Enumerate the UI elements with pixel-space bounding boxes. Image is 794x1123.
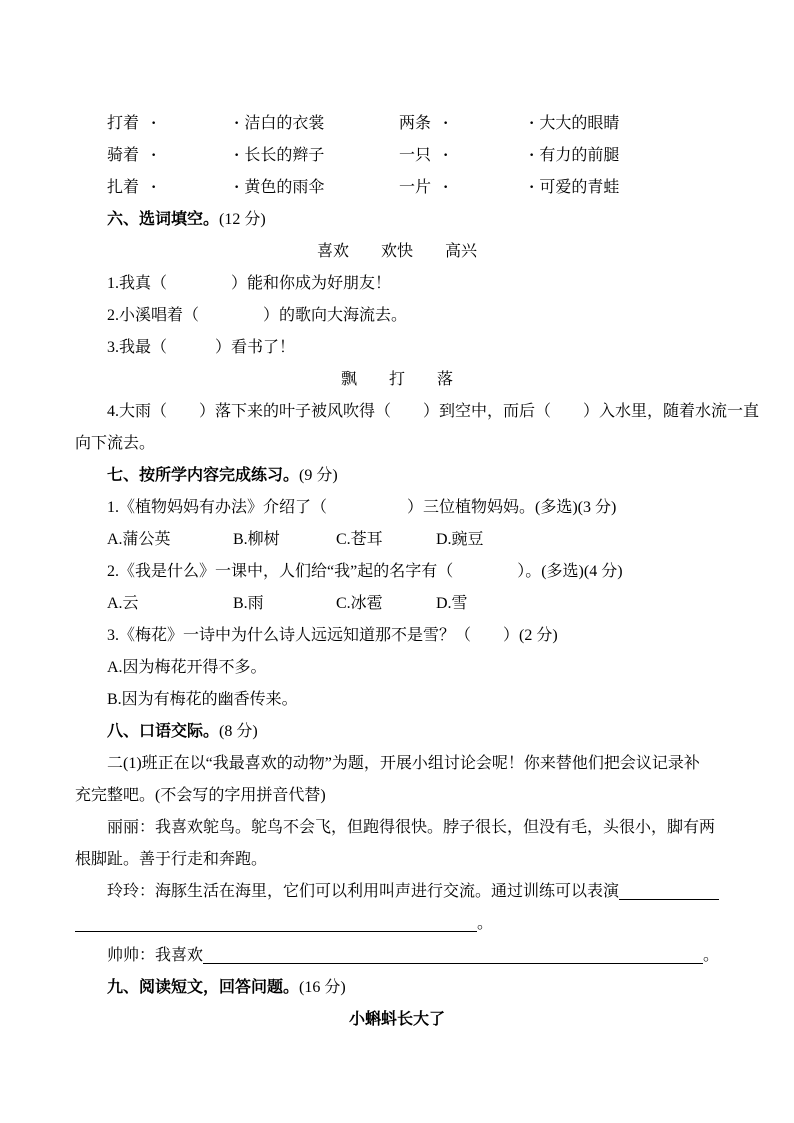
reading-passage-title: 小蝌蚪长大了 xyxy=(75,1004,719,1036)
option-d: D.雪 xyxy=(436,588,719,620)
fill-blank-item-4-line-2: 向下流去。 xyxy=(75,428,719,460)
answer-blank-line xyxy=(619,876,719,908)
match-word-label: 一只 xyxy=(399,147,431,164)
section-7-title: 七、按所学内容完成练习。 xyxy=(107,467,299,484)
word-bank-2: 飘 打 落 xyxy=(75,364,719,396)
match-left-word: 骑着· xyxy=(107,140,234,172)
match-left-item: ·黄色的雨伞 xyxy=(234,172,399,204)
match-left-word: 打着· xyxy=(107,108,234,140)
question-2: 2.《我是什么》一课中，人们给“我”起的名字有（ ）。(多选)(4 分) xyxy=(75,556,719,588)
match-dot: · xyxy=(529,147,534,164)
option-b: B.柳树 xyxy=(233,524,336,556)
match-right-word: 一片· xyxy=(399,172,529,204)
exam-paper-page: 打着· ·洁白的衣裳 两条· ·大大的眼睛 骑着· ·长长的辫子 一只· ·有力… xyxy=(0,0,794,1123)
bank-word: 飘 xyxy=(341,364,357,396)
match-right-word: 两条· xyxy=(399,108,529,140)
match-word-label: 两条 xyxy=(399,115,431,132)
question-2-options: A.云 B.雨 C.冰雹 D.雪 xyxy=(75,588,719,620)
section-7-heading: 七、按所学内容完成练习。(9 分) xyxy=(75,460,719,492)
match-left-item: ·洁白的衣裳 xyxy=(234,108,399,140)
exam-content: 打着· ·洁白的衣裳 两条· ·大大的眼睛 骑着· ·长长的辫子 一只· ·有力… xyxy=(75,108,719,1036)
question-3-option-b: B.因为有梅花的幽香传来。 xyxy=(75,684,719,716)
oral-intro-line-2: 充完整吧。(不会写的字用拼音代替) xyxy=(75,780,719,812)
period-mark: 。 xyxy=(703,940,719,972)
matching-row: 打着· ·洁白的衣裳 两条· ·大大的眼睛 xyxy=(75,108,719,140)
match-dot: · xyxy=(234,115,239,132)
section-7-score: (9 分) xyxy=(299,467,338,484)
section-6-title: 六、选词填空。 xyxy=(107,211,219,228)
lili-speech-line-1: 丽丽：我喜欢鸵鸟。鸵鸟不会飞，但跑得很快。脖子很长，但没有毛，头很小，脚有两 xyxy=(75,812,719,844)
answer-blank-line xyxy=(203,940,703,972)
match-dot: · xyxy=(234,179,239,196)
lingling-speech-line-1: 玲玲：海豚生活在海里，它们可以利用叫声进行交流。通过训练可以表演 xyxy=(75,876,719,908)
section-8-title: 八、口语交际。 xyxy=(107,723,219,740)
question-1: 1.《植物妈妈有办法》介绍了（ ）三位植物妈妈。(多选)(3 分) xyxy=(75,492,719,524)
option-c: C.冰雹 xyxy=(336,588,436,620)
lingling-speech-text: 玲玲：海豚生活在海里，它们可以利用叫声进行交流。通过训练可以表演 xyxy=(75,876,619,908)
section-6-heading: 六、选词填空。(12 分) xyxy=(75,204,719,236)
match-word-label: 一片 xyxy=(399,179,431,196)
bank-word: 打 xyxy=(389,364,405,396)
option-d: D.豌豆 xyxy=(436,524,719,556)
match-dot: · xyxy=(234,147,239,164)
match-item-label: 长长的辫子 xyxy=(244,147,324,164)
question-3: 3.《梅花》一诗中为什么诗人远远知道那不是雪？（ ）(2 分) xyxy=(75,620,719,652)
period-mark: 。 xyxy=(477,908,493,940)
bank-word: 落 xyxy=(437,364,453,396)
match-item-label: 大大的眼睛 xyxy=(539,115,619,132)
match-dot: · xyxy=(443,147,448,164)
option-c: C.苍耳 xyxy=(336,524,436,556)
section-9-heading: 九、阅读短文，回答问题。(16 分) xyxy=(75,972,719,1004)
match-dot: · xyxy=(443,115,448,132)
match-item-label: 有力的前腿 xyxy=(539,147,619,164)
match-right-word: 一只· xyxy=(399,140,529,172)
match-dot: · xyxy=(529,115,534,132)
question-3-option-a: A.因为梅花开得不多。 xyxy=(75,652,719,684)
match-dot: · xyxy=(529,179,534,196)
option-a: A.云 xyxy=(107,588,233,620)
matching-row: 扎着· ·黄色的雨伞 一片· ·可爱的青蛙 xyxy=(75,172,719,204)
match-right-item: ·大大的眼睛 xyxy=(529,108,719,140)
fill-blank-item-1: 1.我真（ ）能和你成为好朋友！ xyxy=(75,268,719,300)
option-b: B.雨 xyxy=(233,588,336,620)
question-1-options: A.蒲公英 B.柳树 C.苍耳 D.豌豆 xyxy=(75,524,719,556)
section-8-score: (8 分) xyxy=(219,723,258,740)
match-dot: · xyxy=(151,179,156,196)
matching-row: 骑着· ·长长的辫子 一只· ·有力的前腿 xyxy=(75,140,719,172)
lingling-speech-line-2: 。 xyxy=(75,908,719,940)
section-9-score: (16 分) xyxy=(299,979,346,996)
option-a: A.蒲公英 xyxy=(107,524,233,556)
match-word-label: 扎着 xyxy=(107,179,139,196)
match-right-item: ·有力的前腿 xyxy=(529,140,719,172)
match-right-item: ·可爱的青蛙 xyxy=(529,172,719,204)
shuaishuai-speech-line: 帅帅：我喜欢 。 xyxy=(75,940,719,972)
word-bank-1: 喜欢 欢快 高兴 xyxy=(75,236,719,268)
match-item-label: 黄色的雨伞 xyxy=(244,179,324,196)
match-word-label: 骑着 xyxy=(107,147,139,164)
match-left-item: ·长长的辫子 xyxy=(234,140,399,172)
lili-speech-line-2: 根脚趾。善于行走和奔跑。 xyxy=(75,844,719,876)
fill-blank-item-2: 2.小溪唱着（ ）的歌向大海流去。 xyxy=(75,300,719,332)
fill-blank-item-4-line-1: 4.大雨（ ）落下来的叶子被风吹得（ ）到空中，而后（ ）入水里，随着水流一直 xyxy=(75,396,719,428)
shuaishuai-speech-text: 帅帅：我喜欢 xyxy=(75,940,203,972)
section-8-heading: 八、口语交际。(8 分) xyxy=(75,716,719,748)
match-item-label: 可爱的青蛙 xyxy=(539,179,619,196)
match-dot: · xyxy=(151,115,156,132)
match-word-label: 打着 xyxy=(107,115,139,132)
match-dot: · xyxy=(443,179,448,196)
section-6-score: (12 分) xyxy=(219,211,266,228)
bank-word: 欢快 xyxy=(381,236,413,268)
match-left-word: 扎着· xyxy=(107,172,234,204)
answer-blank-line xyxy=(75,908,477,940)
match-dot: · xyxy=(151,147,156,164)
section-9-title: 九、阅读短文，回答问题。 xyxy=(107,979,299,996)
oral-intro-line-1: 二(1)班正在以“我最喜欢的动物”为题，开展小组讨论会呢！你来替他们把会议记录补 xyxy=(75,748,719,780)
bank-word: 高兴 xyxy=(445,236,477,268)
fill-blank-item-3: 3.我最（ ）看书了！ xyxy=(75,332,719,364)
match-item-label: 洁白的衣裳 xyxy=(244,115,324,132)
bank-word: 喜欢 xyxy=(317,236,349,268)
